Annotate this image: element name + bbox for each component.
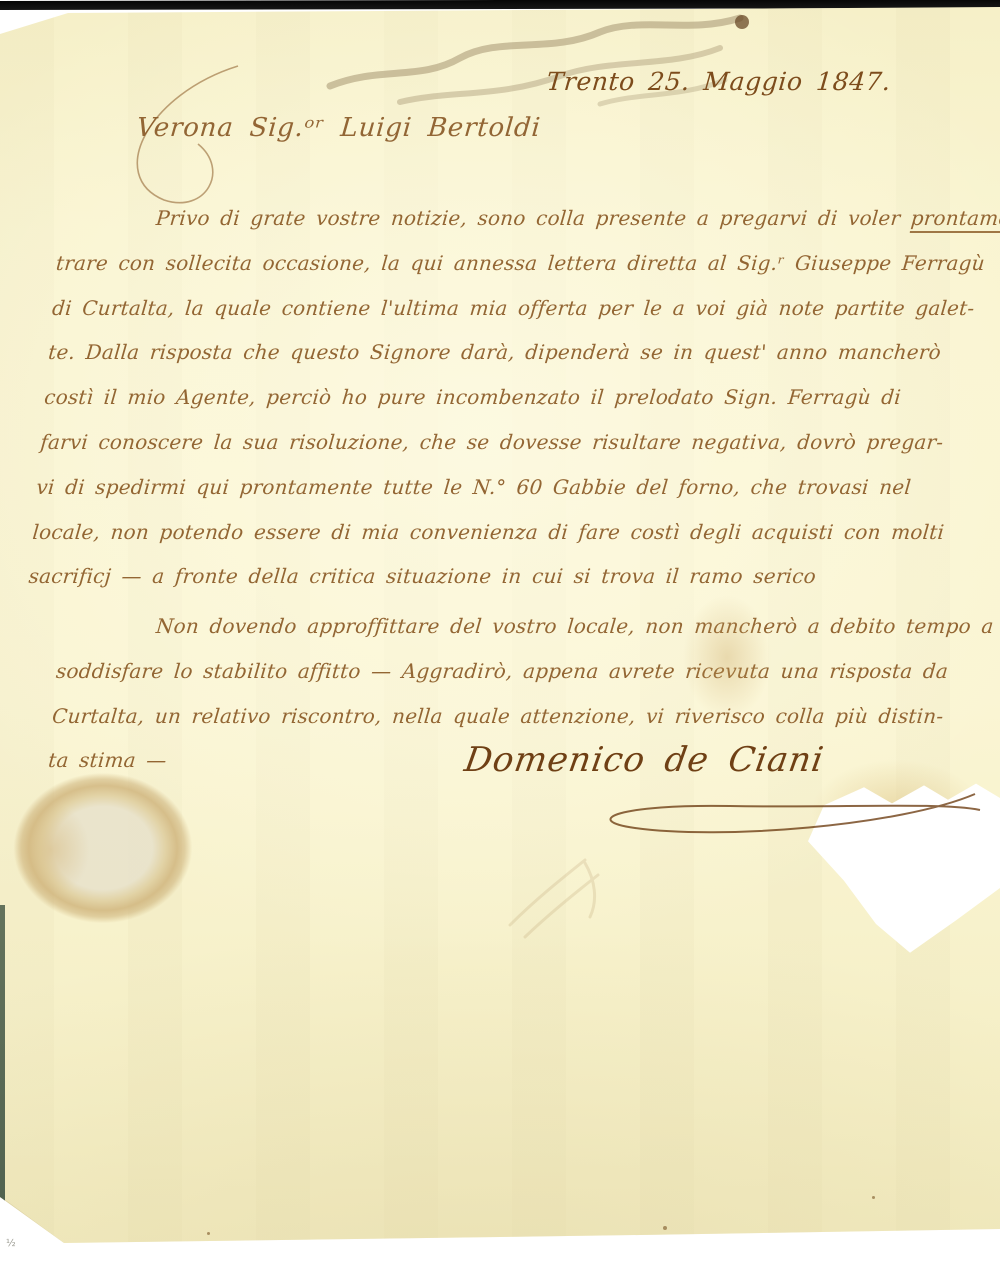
letter-line: trare con sollecita occasione, la qui an… bbox=[54, 241, 976, 286]
page-mark: ½ bbox=[6, 1238, 16, 1249]
letter-line: di Curtalta, la quale contiene l'ultima … bbox=[50, 286, 972, 331]
letter-line: Privo di grate vostre notizie, sono coll… bbox=[58, 196, 980, 241]
line-text: Privo di grate vostre notizie, sono coll… bbox=[155, 206, 912, 230]
signature-flourish bbox=[560, 782, 990, 842]
letter-line: soddisfare lo stabilito affitto — Aggrad… bbox=[54, 649, 976, 694]
faint-bleed-marks bbox=[490, 845, 630, 945]
ink-speck bbox=[57, 1239, 59, 1243]
underlined-word: prontamente bbox=[910, 206, 1000, 233]
stain bbox=[6, 795, 96, 905]
letter-line: sacrificj — a fronte della critica situa… bbox=[27, 554, 949, 599]
letter-line: costì il mio Agente, perciò ho pure inco… bbox=[42, 375, 964, 420]
salutation: Verona Sig.ᵒʳ Luigi Bertoldi bbox=[135, 113, 658, 143]
letter-line: Non dovendo approffittare del vostro loc… bbox=[58, 604, 980, 649]
left-edge-strip bbox=[0, 905, 5, 1250]
stain bbox=[8, 768, 198, 928]
signature: Domenico de Ciani bbox=[462, 740, 988, 780]
letter-line: vi di spedirmi qui prontamente tutte le … bbox=[35, 465, 957, 510]
letter-line: locale, non potendo essere di mia conven… bbox=[31, 510, 953, 555]
letter-line: farvi conoscere la sua risoluzione, che … bbox=[38, 420, 960, 465]
ink-speck bbox=[872, 1196, 875, 1199]
letter-line: Curtalta, un relativo riscontro, nella q… bbox=[50, 694, 972, 739]
dog-ear-fold bbox=[0, 1196, 64, 1243]
letter-paper: Trento 25. Maggio 1847. Verona Sig.ᵒʳ Lu… bbox=[0, 0, 1000, 1277]
ink-speck bbox=[663, 1226, 667, 1230]
ink-speck bbox=[207, 1232, 210, 1235]
scanned-letter-page: { "colors": { "paper": "#f8f3cd", "ink":… bbox=[0, 0, 1000, 1277]
letter-line: te. Dalla risposta che questo Signore da… bbox=[46, 330, 968, 375]
date-line: Trento 25. Maggio 1847. bbox=[545, 67, 978, 96]
paragraph-1: Privo di grate vostre notizie, sono coll… bbox=[27, 196, 980, 599]
